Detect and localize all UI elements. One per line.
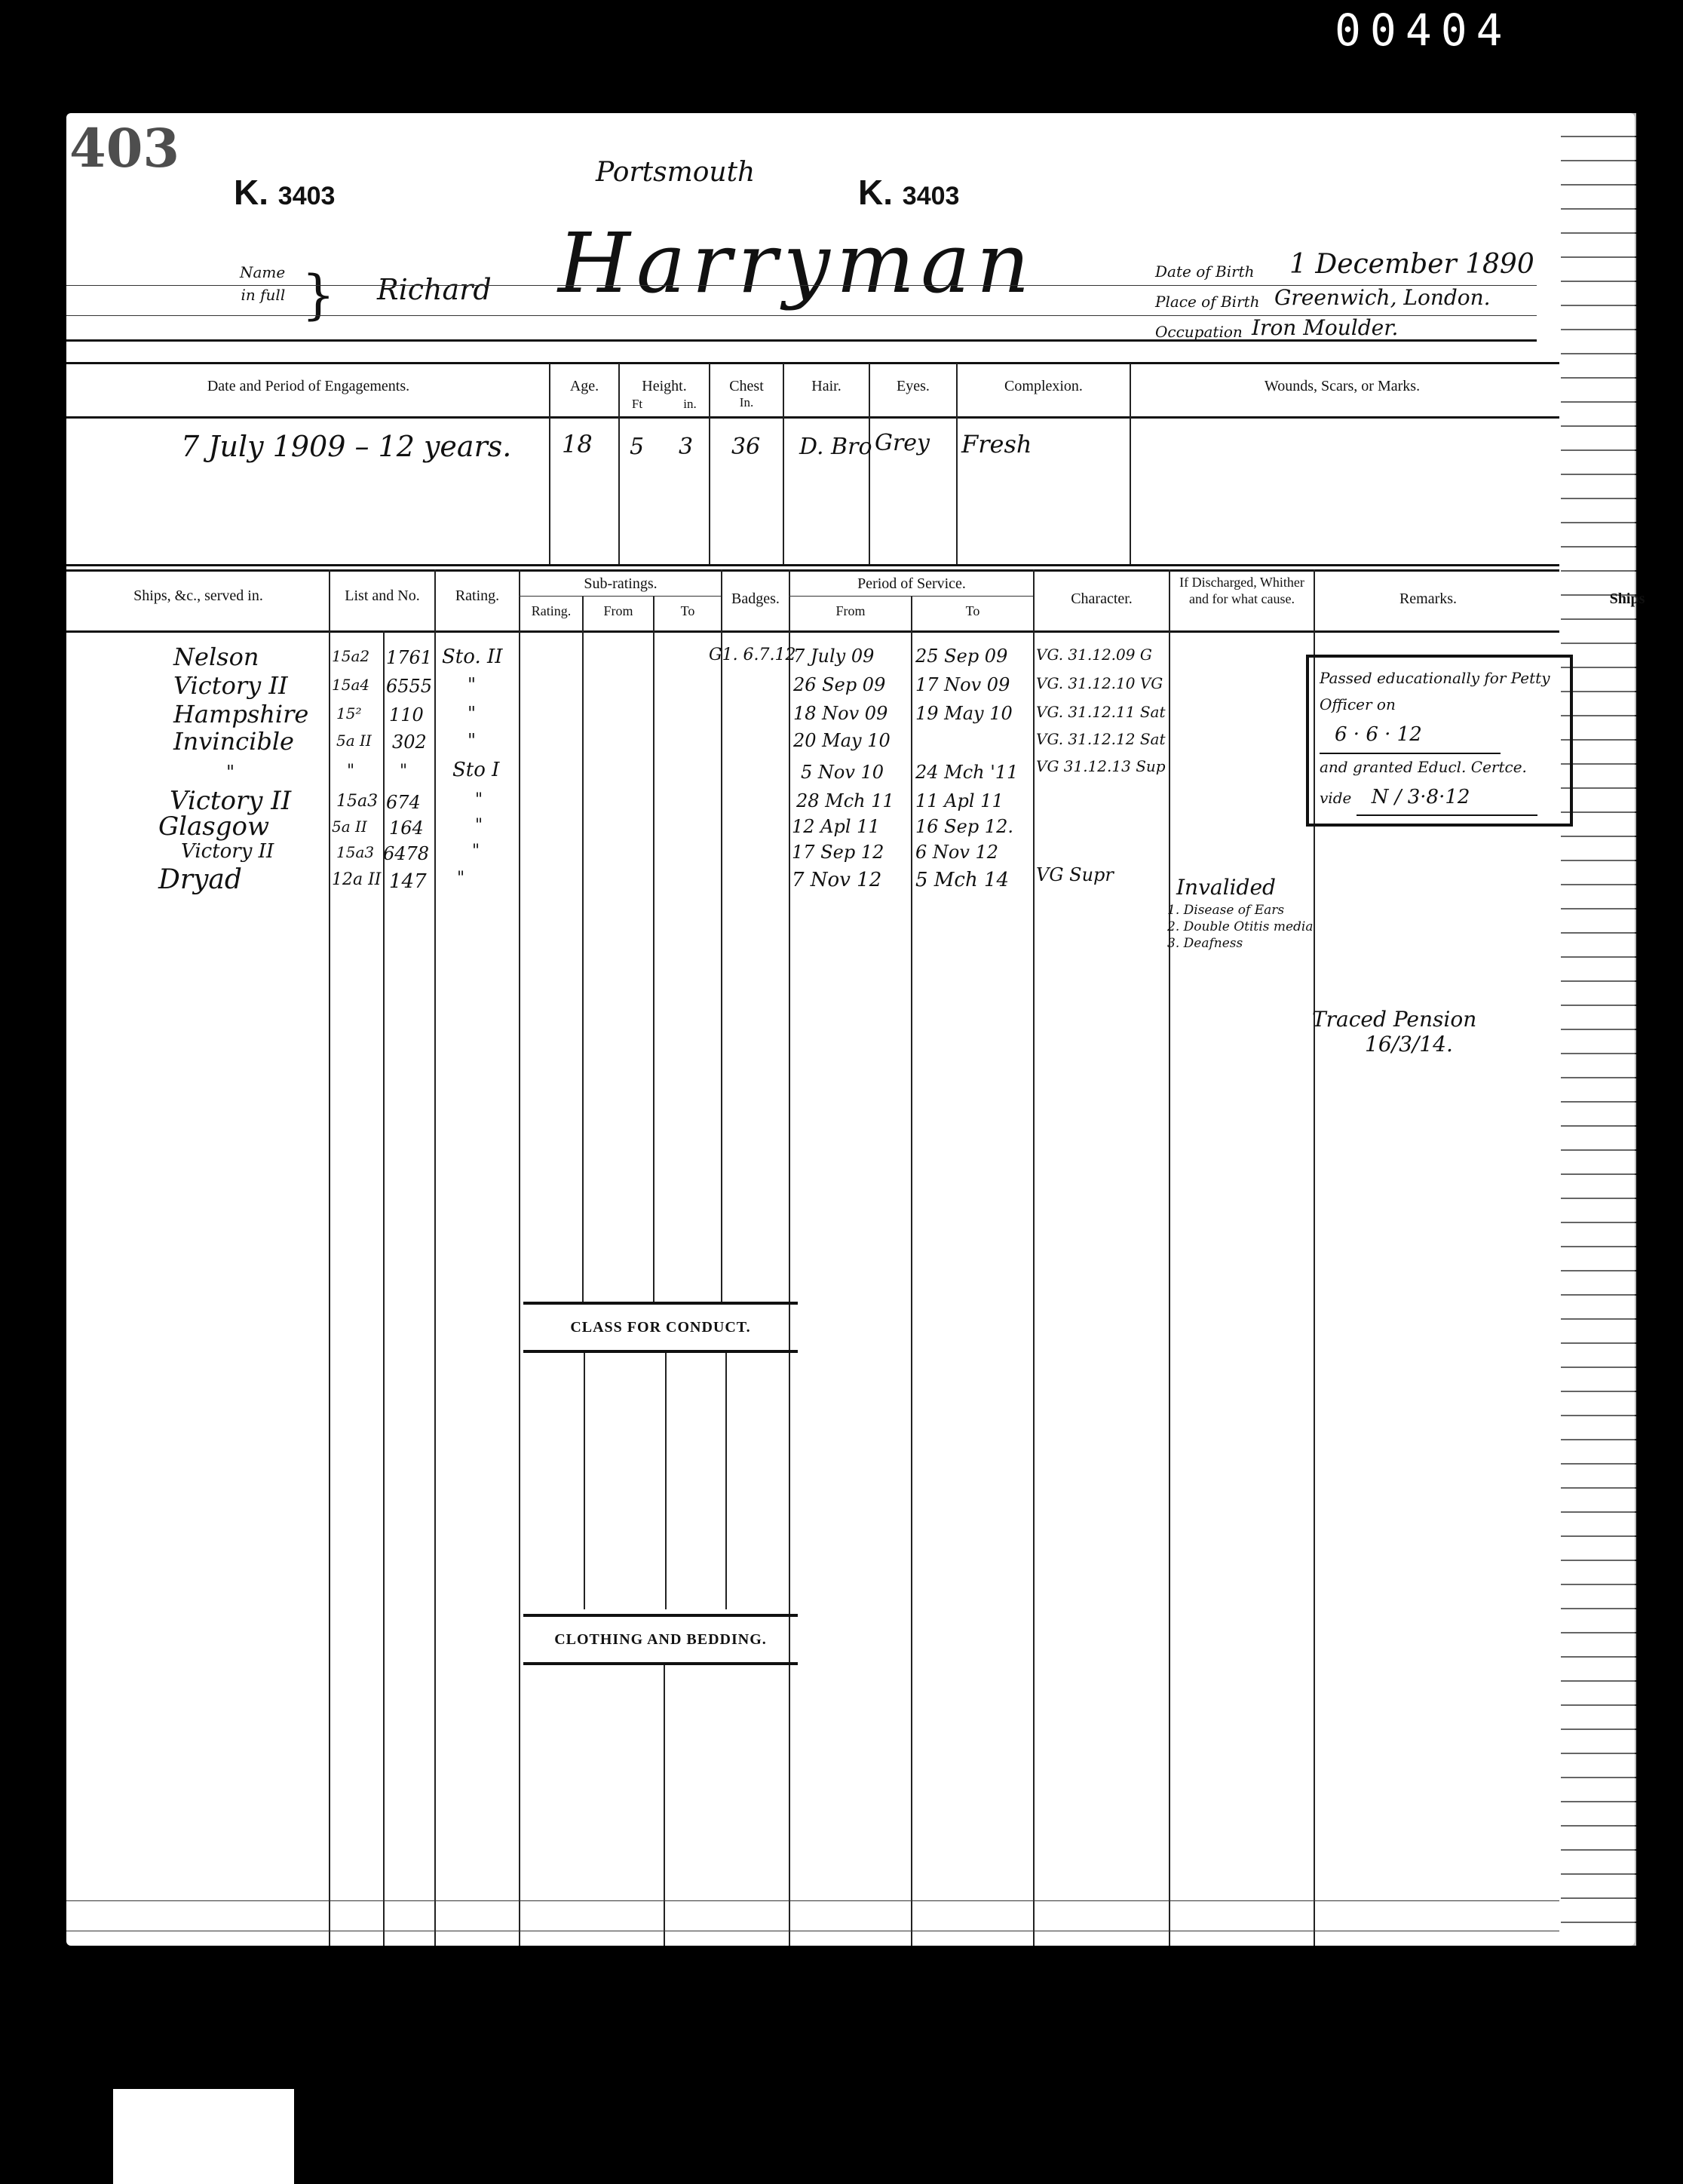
serial-number-right: K. 3403 bbox=[858, 172, 959, 213]
name-label: Name in full bbox=[240, 261, 285, 306]
pob-label: Place of Birth bbox=[1155, 293, 1260, 311]
surname: Harryman bbox=[558, 215, 1036, 311]
age-value: 18 bbox=[562, 430, 593, 459]
rating-header: Rating. bbox=[436, 587, 519, 605]
period-header: Period of Service. bbox=[790, 575, 1033, 593]
page-stamp-number: 00404 bbox=[1335, 5, 1512, 56]
first-name: Richard bbox=[377, 273, 492, 306]
archive-tag bbox=[113, 2089, 294, 2184]
engagement-header: Date and Period of Engagements. bbox=[68, 377, 549, 395]
character-header: Character. bbox=[1035, 590, 1169, 608]
complexion-header: Complexion. bbox=[958, 377, 1130, 395]
class-for-conduct-header: CLASS FOR CONDUCT. bbox=[523, 1302, 798, 1353]
eyes-value: Grey bbox=[875, 430, 930, 456]
list-no-header: List and No. bbox=[330, 587, 434, 605]
complexion-value: Fresh bbox=[961, 430, 1032, 459]
clothing-and-bedding-header: CLOTHING AND BEDDING. bbox=[523, 1614, 798, 1665]
port-division: Portsmouth bbox=[596, 157, 755, 188]
engagement-value: 7 July 1909 – 12 years. bbox=[181, 430, 511, 463]
age-header: Age. bbox=[550, 377, 618, 395]
height-in-value: 3 bbox=[679, 434, 693, 460]
occupation-label: Occupation bbox=[1155, 323, 1243, 341]
hair-header: Hair. bbox=[784, 377, 869, 395]
chest-header: ChestIn. bbox=[710, 377, 783, 410]
eyes-header: Eyes. bbox=[870, 377, 956, 395]
chest-value: 36 bbox=[731, 434, 760, 460]
corner-number: 403 bbox=[69, 117, 179, 179]
height-header: Height. bbox=[620, 377, 709, 395]
occupation-value: Iron Moulder. bbox=[1252, 315, 1398, 340]
pension-note: Traced Pension 16/3/14. bbox=[1312, 1007, 1476, 1057]
sub-ratings-header: Sub-ratings. bbox=[520, 575, 721, 593]
discharged-header: If Discharged, Whither and for what caus… bbox=[1170, 575, 1314, 607]
serial-number-left: K. 3403 bbox=[234, 172, 335, 213]
pob-value: Greenwich, London. bbox=[1274, 285, 1491, 310]
remarks-header: Remarks. bbox=[1315, 590, 1541, 608]
discharge-reasons: 1. Disease of Ears 2. Double Otitis medi… bbox=[1167, 902, 1313, 952]
height-ft-value: 5 bbox=[630, 434, 644, 460]
next-page-edge bbox=[1561, 113, 1636, 1946]
wounds-header: Wounds, Scars, or Marks. bbox=[1131, 377, 1553, 395]
dob-value: 1 December 1890 bbox=[1289, 249, 1534, 280]
ships-header: Ships, &c., served in. bbox=[68, 587, 329, 605]
badges-header: Badges. bbox=[722, 590, 789, 608]
next-page-ships-header: Ships bbox=[1605, 590, 1650, 608]
dob-label: Date of Birth bbox=[1155, 262, 1255, 281]
education-stamp: Passed educationally for Petty Officer o… bbox=[1306, 655, 1573, 827]
hair-value: D. Bro bbox=[799, 434, 872, 460]
